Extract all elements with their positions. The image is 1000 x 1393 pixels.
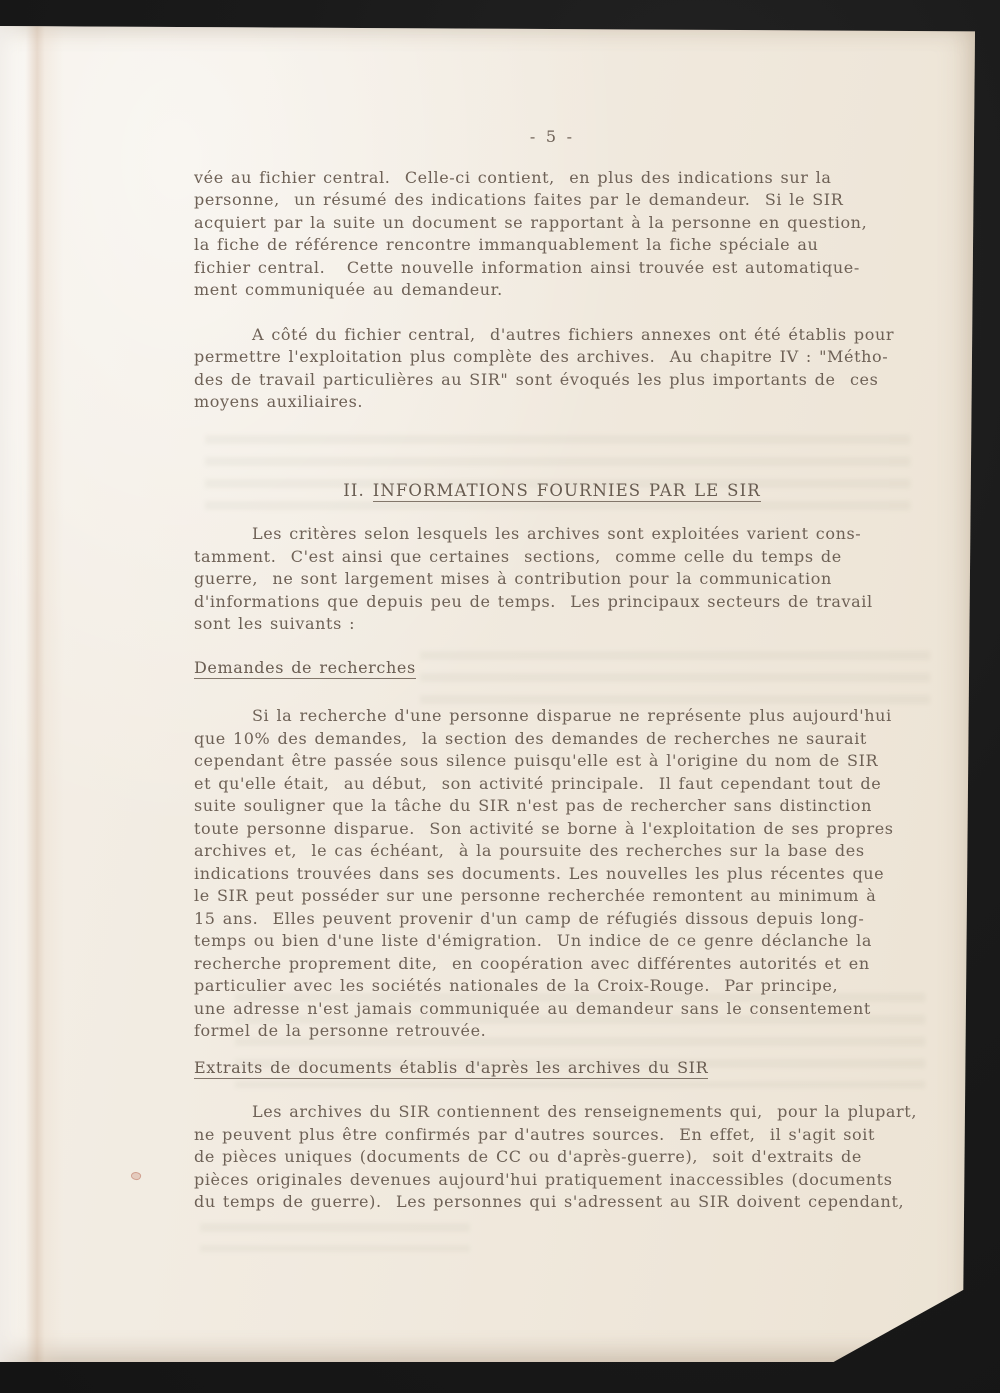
text-line: archives et, le cas échéant, à la poursu…	[194, 840, 910, 863]
text-line: de pièces uniques (documents de CC ou d'…	[194, 1146, 910, 1169]
paragraph-extraits-de-documents: Les archives du SIR contiennent des rens…	[194, 1101, 910, 1214]
section-heading-title: INFORMATIONS FOURNIES PAR LE SIR	[373, 481, 761, 503]
text-line: A côté du fichier central, d'autres fich…	[194, 324, 910, 347]
text-line: cependant être passée sous silence puisq…	[194, 750, 910, 773]
text-line: toute personne disparue. Son activité se…	[194, 818, 910, 841]
text-line: une adresse n'est jamais communiquée au …	[194, 998, 910, 1021]
page-content: - 5 - vée au fichier central. Celle-ci c…	[0, 26, 976, 1214]
text-line: pièces originales devenues aujourd'hui p…	[194, 1169, 910, 1192]
text-line: indications trouvées dans ses documents.…	[194, 863, 910, 886]
text-line: tamment. C'est ainsi que certaines secti…	[194, 546, 910, 569]
text-line: Les critères selon lesquels les archives…	[194, 523, 910, 546]
text-line: Les archives du SIR contiennent des rens…	[194, 1101, 910, 1124]
paragraph-fichier-central: vée au fichier central. Celle-ci contien…	[194, 167, 910, 302]
text-line: ment communiquée au demandeur.	[194, 279, 910, 302]
text-line: sont les suivants :	[194, 613, 910, 636]
text-line: des de travail particulières au SIR" son…	[194, 369, 910, 392]
paragraph-demandes-de-recherches: Si la recherche d'une personne disparue …	[194, 705, 910, 1043]
section-heading-numeral: II.	[343, 481, 372, 500]
subheading-demandes-label: Demandes de recherches	[194, 658, 416, 680]
subheading-demandes-de-recherches: Demandes de recherches	[194, 657, 910, 680]
text-line: permettre l'exploitation plus complète d…	[194, 346, 910, 369]
text-line: du temps de guerre). Les personnes qui s…	[194, 1191, 910, 1214]
page-number: - 5 -	[194, 126, 910, 149]
text-line: d'informations que depuis peu de temps. …	[194, 591, 910, 614]
section-heading: II. INFORMATIONS FOURNIES PAR LE SIR	[194, 480, 910, 503]
document-page: - 5 - vée au fichier central. Celle-ci c…	[0, 26, 976, 1362]
text-line: Si la recherche d'une personne disparue …	[194, 705, 910, 728]
text-line: moyens auxiliaires.	[194, 391, 910, 414]
text-line: acquiert par la suite un document se rap…	[194, 212, 910, 235]
text-line: recherche proprement dite, en coopératio…	[194, 953, 910, 976]
text-line: ne peuvent plus être confirmés par d'aut…	[194, 1124, 910, 1147]
text-line: la fiche de référence rencontre immanqua…	[194, 234, 910, 257]
text-line: personne, un résumé des indications fait…	[194, 189, 910, 212]
text-line: particulier avec les sociétés nationales…	[194, 975, 910, 998]
text-line: suite souligner que la tâche du SIR n'es…	[194, 795, 910, 818]
text-line: fichier central. Cette nouvelle informat…	[194, 257, 910, 280]
text-line: que 10% des demandes, la section des dem…	[194, 728, 910, 751]
text-line: 15 ans. Elles peuvent provenir d'un camp…	[194, 908, 910, 931]
text-line: temps ou bien d'une liste d'émigration. …	[194, 930, 910, 953]
text-line: le SIR peut posséder sur une personne re…	[194, 885, 910, 908]
scanned-document: - 5 - vée au fichier central. Celle-ci c…	[0, 0, 1000, 1393]
subheading-extraits-de-documents: Extraits de documents établis d'après le…	[194, 1057, 910, 1080]
text-line: guerre, ne sont largement mises à contri…	[194, 568, 910, 591]
text-line: et qu'elle était, au début, son activité…	[194, 773, 910, 796]
paragraph-fichiers-annexes: A côté du fichier central, d'autres fich…	[194, 324, 910, 414]
paragraph-criteres: Les critères selon lesquels les archives…	[194, 523, 910, 636]
text-line: formel de la personne retrouvée.	[194, 1020, 910, 1043]
text-line: vée au fichier central. Celle-ci contien…	[194, 167, 910, 190]
show-through-smudge	[200, 1218, 470, 1252]
subheading-extraits-label: Extraits de documents établis d'après le…	[194, 1058, 708, 1080]
